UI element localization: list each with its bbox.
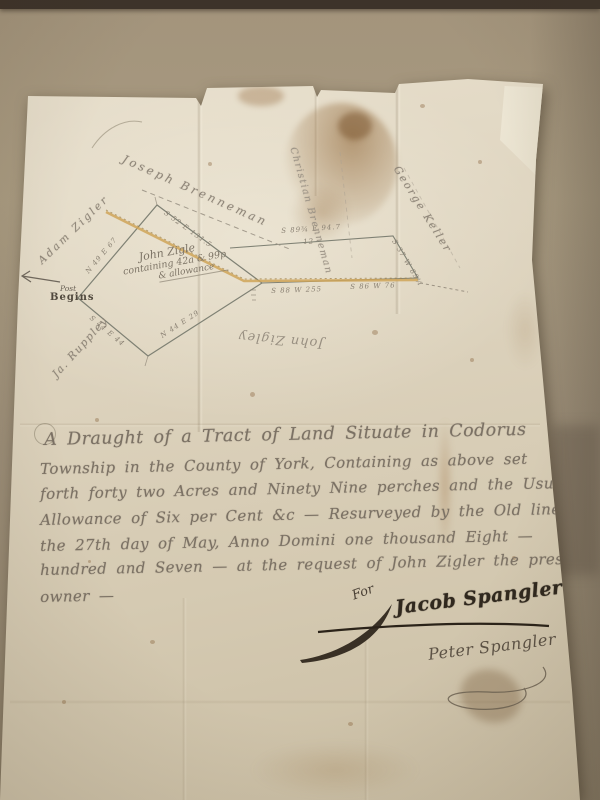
signature-underline-flourish (318, 624, 549, 632)
adjoiner-dashed-line (340, 152, 352, 258)
bearing-strip-bottom-right: S 86 W 76 (350, 281, 396, 291)
pencil-curl-mark (92, 121, 142, 148)
begins-label: Begins (50, 292, 95, 303)
survey-plat-linework (0, 0, 600, 800)
bearing-strip-top-sub: 12 (303, 237, 314, 246)
boundary-continuation-dashes (420, 283, 468, 292)
photo-of-survey-document: Joseph Brenneman Adam Zigler Christian B… (0, 0, 600, 800)
signature-pen-sweep (300, 604, 392, 663)
paper-sheet: Joseph Brenneman Adam Zigler Christian B… (0, 0, 600, 800)
witness-flourish-loop (448, 667, 545, 709)
direction-arrow (22, 271, 60, 282)
corner-tick-marks (250, 290, 256, 300)
body-text-line: owner — (40, 586, 115, 606)
paper-sheet-wrapper: Joseph Brenneman Adam Zigler Christian B… (0, 0, 600, 800)
